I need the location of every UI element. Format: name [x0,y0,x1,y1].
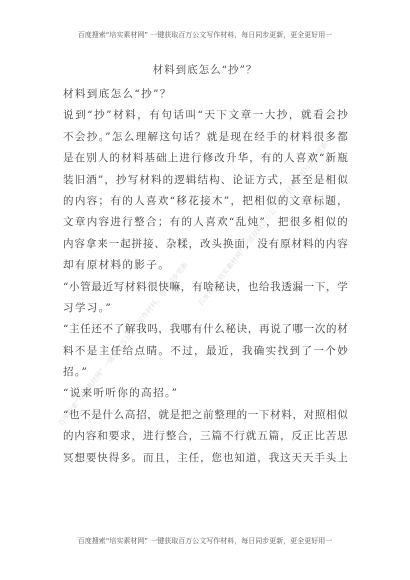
text-line: 冥想要快得多。而且，主任，您也知道，我这天天手头上 [63,448,348,469]
text-line: 说到“抄”材料，有句话叫“天下文章一大抄，就看会抄 [63,105,348,126]
text-line: 招。” [63,362,348,383]
page-footer-banner: 百度搜索“培实素材网” 一键获取百万公文写作材料，每日同步更新，更全更好用一 [0,536,410,546]
text-line: 料不是主任给点睛。不过，最近，我确实找到了一个妙 [63,341,348,362]
text-line: 的内容和要求，进行整合，三篇不行就五篇，反正比苦思 [63,426,348,447]
text-line: “也不是什么高招，就是把之前整理的一下材料，对照相似 [63,405,348,426]
text-line: 不会抄。”怎么理解这句话？就是现在经手的材料很多都 [63,127,348,148]
text-line: 却有原材料的影子。 [63,255,348,276]
document-title: 材料到底怎么“抄”？ [0,62,410,77]
text-line: “小管最近写材料很快嘛，有啥秘诀，也给我透漏一下，学 [63,277,348,298]
document-body: 材料到底怎么“抄”？ 说到“抄”材料，有句话叫“天下文章一大抄，就看会抄 不会抄… [63,84,348,469]
text-line: 的内容；有的人喜欢“移花接木”，把相似的文章标题， [63,191,348,212]
text-line: 内容拿来一起拼接、杂糅，改头换面，没有原材料的内容 [63,234,348,255]
text-line: “主任还不了解我吗，我哪有什么秘诀，再说了哪一次的材 [63,319,348,340]
paragraph-heading: 材料到底怎么“抄”？ [63,84,348,105]
text-line: “说来听听你的高招。” [63,383,348,404]
text-line: 装旧酒”，抄写材料的逻辑结构、论证方式，甚至是相似 [63,170,348,191]
text-line: 文章内容进行整合；有的人喜欢“乱炖”，把很多相似的 [63,212,348,233]
text-line: 习学习。” [63,298,348,319]
text-line: 是在别人的材料基础上进行修改升华，有的人喜欢“新瓶 [63,148,348,169]
page-header-banner: 百度搜索“培实素材网” 一键获取百万公文写作材料，每日同步更新，更全更好用一 [0,30,410,40]
